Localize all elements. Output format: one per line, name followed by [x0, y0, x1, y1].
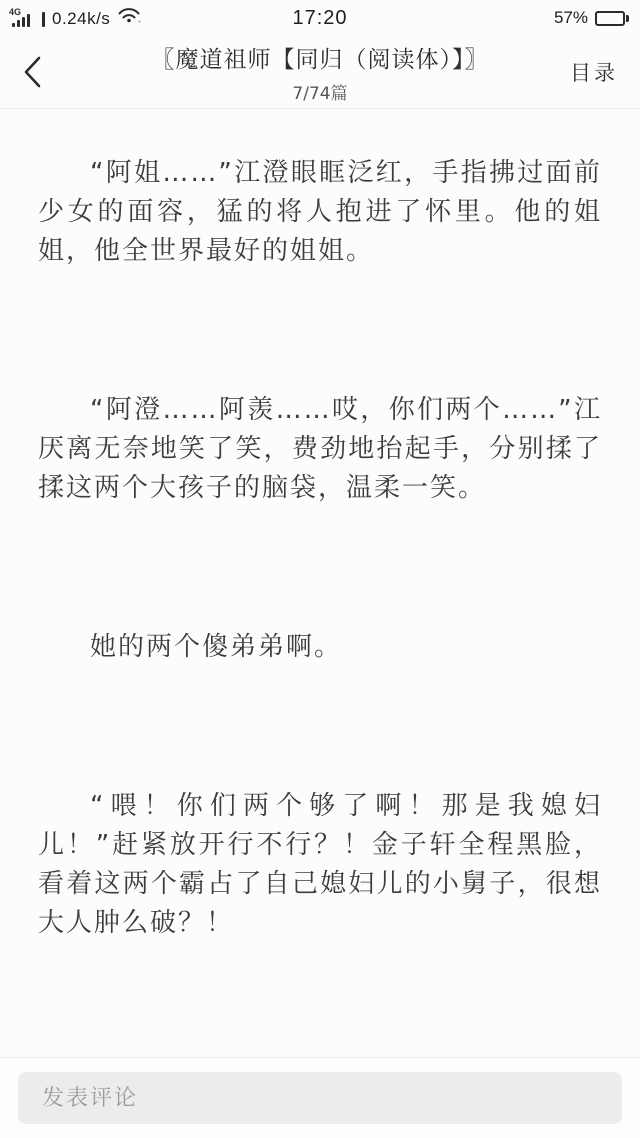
toc-button[interactable]: 目录: [564, 56, 624, 88]
title-block: 〖魔道祖师【同归（阅读体）】〗 7/74篇: [0, 34, 640, 104]
clock-label: 17:20: [292, 7, 347, 30]
wifi-icon: [117, 5, 141, 28]
signal-bars-icon: 4G: [8, 6, 35, 30]
paragraph: “喂！你们两个够了啊！那是我媳妇儿！”赶紧放开行不行？！金子轩全程黑脸，看着这两…: [38, 787, 602, 943]
status-right-group: 57%: [554, 8, 630, 28]
chevron-left-icon: [22, 55, 44, 92]
reader-content[interactable]: “阿姐……”江澄眼眶泛红，手指拂过面前少女的面容，猛的将人抱进了怀里。他的姐姐，…: [0, 109, 640, 943]
status-left-group: 4G 0.24k/s: [8, 6, 141, 30]
status-bar: 4G 0.24k/s 17:20 57%: [0, 0, 640, 34]
battery-icon: [595, 11, 625, 26]
paragraph: “阿澄……阿羡……哎，你们两个……”江厌离无奈地笑了笑，费劲地抬起手，分别揉了揉…: [38, 391, 602, 508]
battery-percent-label: 57%: [554, 8, 588, 28]
page-title: 〖魔道祖师【同归（阅读体）】〗: [0, 41, 640, 74]
back-button[interactable]: [10, 48, 56, 98]
reader-header: 〖魔道祖师【同归（阅读体）】〗 7/74篇 目录: [0, 34, 640, 109]
paragraph: “阿姐……”江澄眼眶泛红，手指拂过面前少女的面容，猛的将人抱进了怀里。他的姐姐，…: [38, 154, 602, 271]
chapter-progress: 7/74篇: [0, 79, 640, 104]
sim-separator-bar: [42, 12, 45, 27]
paragraph: 她的两个傻弟弟啊。: [38, 628, 602, 667]
comment-input[interactable]: [18, 1072, 622, 1124]
network-speed-label: 0.24k/s: [52, 10, 110, 27]
comment-bar: [0, 1057, 640, 1138]
